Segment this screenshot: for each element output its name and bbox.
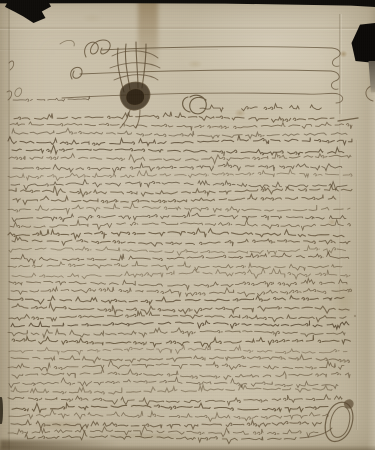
script-text-line: [13, 195, 336, 205]
script-text-line: [11, 180, 347, 191]
manuscript-letter-photo: [0, 0, 375, 450]
script-text-line: [8, 426, 318, 437]
script-text-line: [8, 169, 353, 180]
left-margin-mark-2: [7, 91, 12, 100]
script-text-line: [8, 296, 344, 305]
script-text-line: [14, 112, 334, 122]
address-line-1-loops: [85, 40, 111, 57]
seal-scribble-1: [117, 48, 124, 92]
script-text-line: [11, 420, 321, 429]
bottom-edge-shading: [0, 445, 375, 450]
left-margin-mark-3: [15, 88, 22, 97]
left-margin-mark-1: [9, 61, 14, 70]
seal-scribble-3: [136, 42, 138, 88]
script-text-line: [9, 410, 330, 422]
script-text-line: [11, 287, 353, 297]
script-text-line: [8, 395, 342, 405]
script-text-line: [12, 335, 350, 347]
script-text-line: [12, 369, 350, 380]
address-line-1: [102, 47, 340, 67]
script-text-line: [8, 261, 342, 271]
script-text-line: [11, 355, 351, 363]
left-edge-notch: [0, 397, 3, 424]
script-text-line: [9, 345, 347, 354]
paraph-inner: [330, 406, 350, 437]
script-text-line: [8, 229, 344, 239]
seal-scribble-4: [142, 44, 146, 88]
script-text-line: [8, 135, 352, 145]
script-text-line: [8, 360, 344, 371]
handwriting-ink-layer: [0, 0, 375, 450]
script-text-line: [12, 128, 347, 138]
script-text-line: [12, 303, 349, 315]
opening-capital-flourish: [183, 95, 207, 114]
seal-blot-core: [126, 89, 144, 105]
script-text-line: [10, 220, 352, 230]
first-line-dash: [338, 118, 358, 121]
script-text-line: [9, 246, 346, 256]
script-text-line: [9, 278, 347, 289]
script-text-line: [13, 162, 342, 172]
script-text-line: [8, 328, 345, 338]
script-text-line: [9, 311, 346, 322]
script-text-line: [12, 212, 346, 222]
script-text-line: [12, 236, 350, 246]
script-text-line: [12, 403, 328, 412]
script-text-line: [12, 268, 350, 279]
script-text-line: [8, 203, 350, 214]
script-text-line: [200, 104, 321, 112]
address-line-2-loop: [71, 67, 82, 79]
top-left-curl: [60, 40, 74, 46]
script-text-line: [12, 145, 344, 155]
paraph-dot-ring: [344, 400, 353, 408]
script-text-line: [11, 385, 332, 394]
script-text-line: [11, 321, 349, 330]
script-text-line: [10, 122, 352, 131]
script-text-line: [9, 186, 352, 197]
